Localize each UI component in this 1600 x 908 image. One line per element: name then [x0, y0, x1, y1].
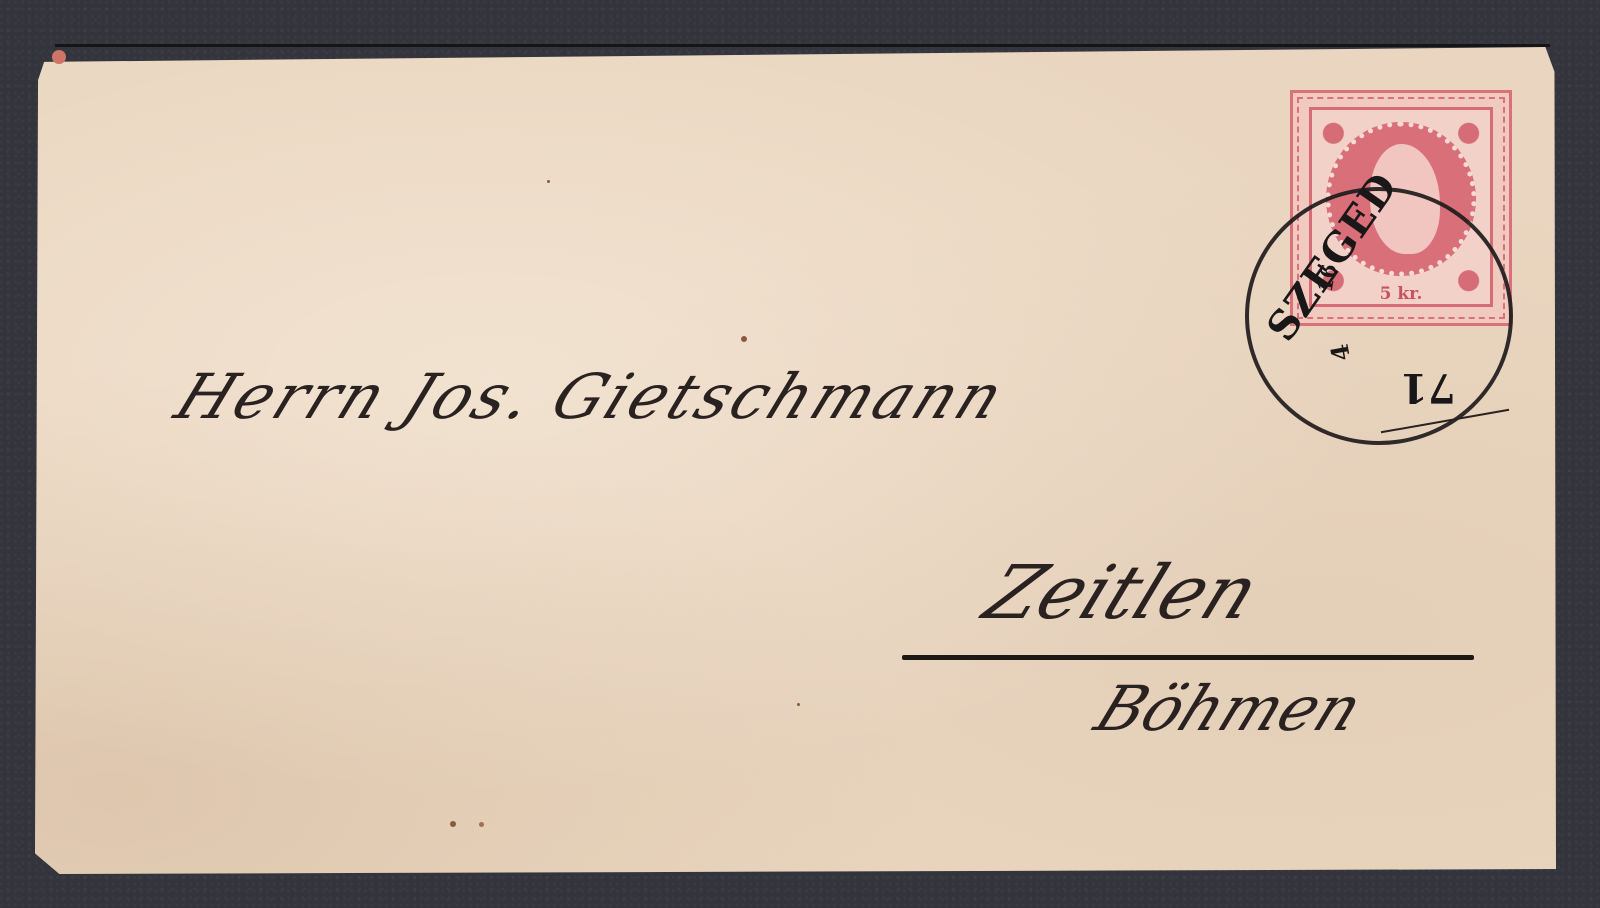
address-recipient: Herrn Jos. Gietschmann — [165, 360, 1017, 433]
foxing-spot — [741, 336, 747, 342]
address-underline — [902, 655, 1474, 660]
foxing-spot — [797, 703, 800, 706]
red-mark-dot — [52, 50, 66, 64]
foxing-spot — [450, 821, 456, 827]
foxing-spot — [479, 822, 484, 827]
envelope-top-edge-shadow — [55, 44, 1550, 47]
foxing-spot — [547, 180, 550, 183]
postmark-year: 71 — [1400, 364, 1456, 411]
postmark-day: 16 — [1313, 262, 1341, 294]
address-region: Böhmen — [1085, 672, 1373, 745]
address-town: Zeitlen — [973, 550, 1271, 636]
